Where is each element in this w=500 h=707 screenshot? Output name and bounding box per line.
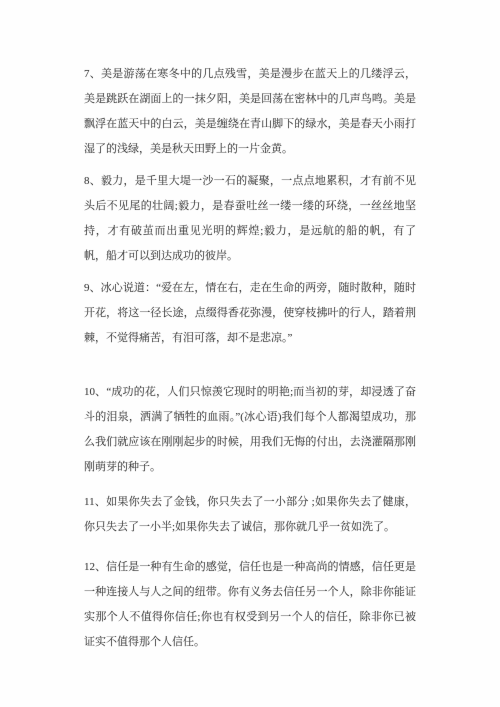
paragraph-10: 10、“成功的花，人们只惊羡它现时的明艳;而当初的芽，却浸透了奋斗的泪泉，洒满了… — [84, 380, 416, 480]
scanned-text-page: 7、美是游荡在寒冬中的几点残雪，美是漫步在蓝天上的几缕浮云，美是跳跃在湖面上的一… — [0, 0, 500, 707]
paragraph-11: 11、如果你失去了金钱，你只失去了一小部分 ;如果你失去了健康，你只失去了一小半… — [84, 490, 416, 540]
paragraph-7: 7、美是游荡在寒冬中的几点残雪，美是漫步在蓝天上的几缕浮云，美是跳跃在湖面上的一… — [84, 62, 416, 162]
paragraph-8: 8、毅力，是千里大堤一沙一石的凝聚，一点点地累积，才有前不见头后不见尾的壮阔;毅… — [84, 169, 416, 269]
paragraph-9: 9、冰心说道：“爱在左，情在右，走在生命的两旁，随时散种，随时开花，将这一径长途… — [84, 276, 416, 351]
paragraph-12: 12、信任是一种有生命的感觉，信任也是一种高尚的情感，信任更是一种连接人与人之间… — [84, 555, 416, 655]
